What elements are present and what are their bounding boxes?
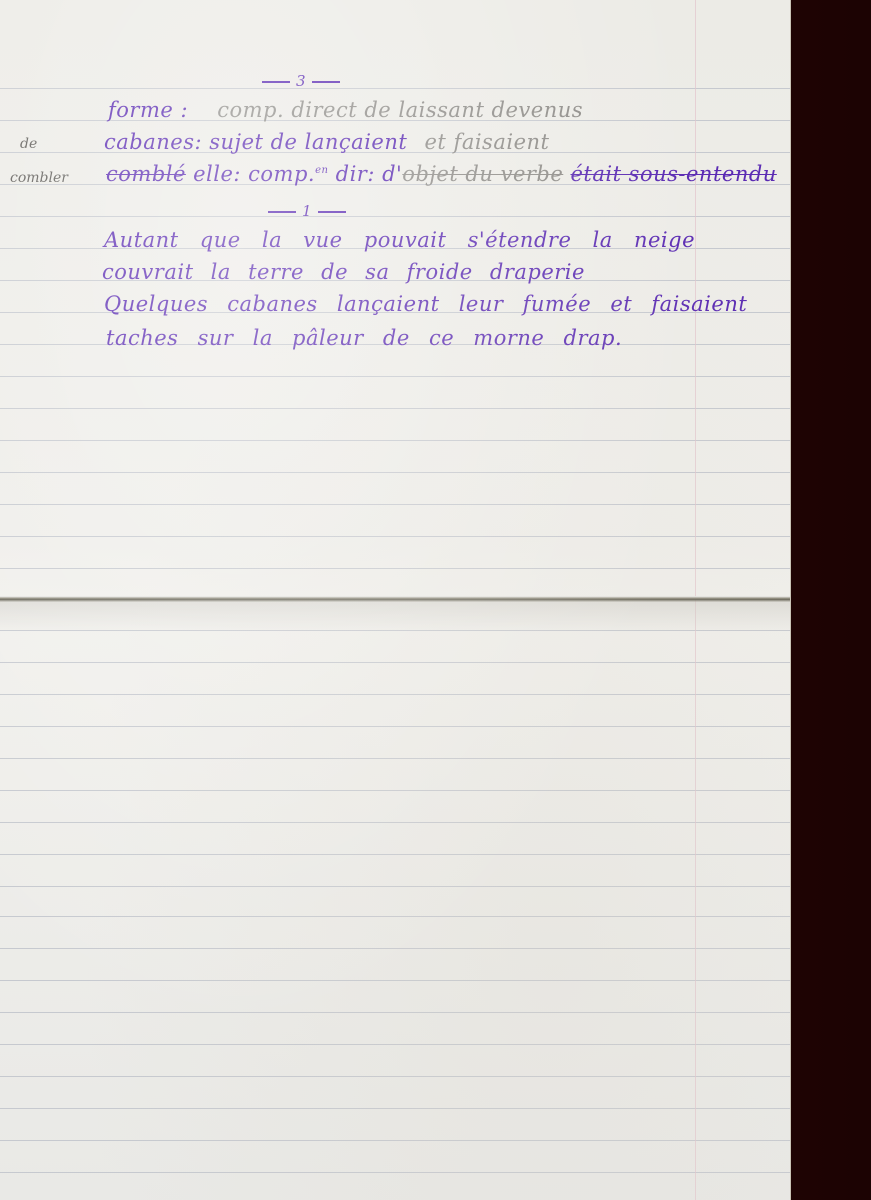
fold-shadow (0, 602, 790, 632)
ruled-line (0, 440, 790, 441)
ruled-line (0, 854, 790, 855)
ruled-line (0, 758, 790, 759)
paragraph-line-4: taches sur la pâleur de ce morne drap. (106, 326, 622, 350)
ruled-line (0, 1044, 790, 1045)
notebook-page: 3 de combler forme : comp. direct de lai… (0, 0, 790, 1200)
section-1-heading: 1 (262, 202, 352, 220)
margin-note-combler: combler (10, 170, 68, 186)
ink-annotation: sujet de lançaient (209, 130, 407, 154)
paragraph-line-1: Autant que la vue pouvait s'étendre la n… (104, 228, 695, 252)
ruled-line (0, 916, 790, 917)
ruled-line (0, 1108, 790, 1109)
ink-annotation: dir: d' (336, 162, 403, 186)
paragraph-line-3: Quelques cabanes lançaient leur fumée et… (104, 292, 747, 316)
ruled-line (0, 662, 790, 663)
ruled-line (0, 408, 790, 409)
ruled-line (0, 472, 790, 473)
ruled-line (0, 216, 790, 217)
analysis-line-comble: comblé elle: comp.en dir: d'objet du ver… (106, 162, 777, 186)
section-3-heading: 3 (256, 72, 346, 90)
margin-note-de: de (20, 136, 37, 152)
struck-ink-text: était sous-entendu (570, 162, 776, 186)
heading-dash (268, 211, 296, 213)
page-fold-crease (0, 596, 790, 602)
ruled-line (0, 1140, 790, 1141)
ruled-line (0, 694, 790, 695)
faded-stamp (240, 40, 400, 60)
analysis-line-cabanes: cabanes: sujet de lançaient et faisaient (104, 130, 549, 154)
term-label: forme : (108, 98, 188, 122)
ruled-line (0, 1172, 790, 1173)
ink-annotation: elle: comp. (193, 162, 315, 186)
analysis-line-forme: forme : comp. direct de laissant devenus (108, 98, 583, 122)
pencil-annotation: et faisaient (425, 130, 550, 154)
paragraph-line-2: couvrait la terre de sa froide draperie (102, 260, 585, 284)
ruled-line (0, 568, 790, 569)
struck-pencil-text: objet du verbe (402, 162, 563, 186)
ruled-line (0, 790, 790, 791)
ruled-line (0, 1012, 790, 1013)
heading-dash (318, 211, 346, 213)
ruled-line (0, 726, 790, 727)
superscript: en (315, 165, 328, 176)
heading-number: 1 (302, 202, 312, 220)
heading-number: 3 (296, 72, 306, 90)
term-label: cabanes: (104, 130, 202, 154)
ruled-line (0, 536, 790, 537)
ruled-line (0, 822, 790, 823)
ruled-line (0, 1076, 790, 1077)
heading-dash (312, 81, 340, 83)
heading-dash (262, 81, 290, 83)
ruled-line (0, 376, 790, 377)
ruled-line (0, 88, 790, 89)
ruled-line (0, 980, 790, 981)
pencil-annotation: comp. direct de laissant devenus (217, 98, 583, 122)
ruled-line (0, 886, 790, 887)
ruled-line (0, 504, 790, 505)
ruled-line (0, 948, 790, 949)
struck-term-label: comblé (106, 162, 186, 186)
